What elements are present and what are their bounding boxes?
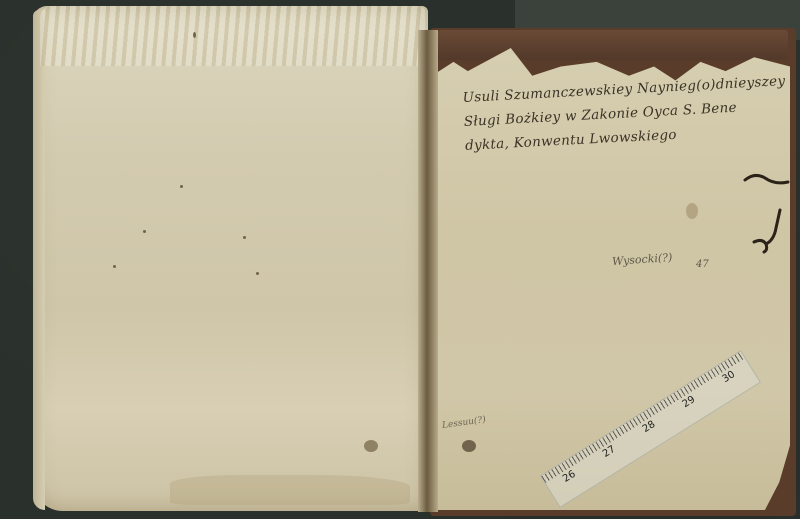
leather-turn-in	[438, 30, 788, 60]
ink-spot	[113, 265, 116, 268]
left-page-worn-top-edge	[40, 6, 425, 66]
stain-spot	[686, 203, 698, 219]
ink-spot	[256, 272, 259, 275]
stain-spot	[364, 440, 378, 452]
left-flyleaf-page	[33, 6, 428, 511]
stain-spot	[462, 440, 476, 452]
ink-spot	[193, 32, 196, 38]
pencil-number: 47	[696, 259, 709, 270]
book-gutter	[418, 30, 438, 512]
ink-flourish	[740, 170, 795, 255]
left-page-edge	[33, 10, 45, 510]
ink-spot	[243, 236, 246, 239]
ink-spot	[180, 185, 183, 188]
water-stain	[170, 475, 410, 505]
ink-spot	[143, 230, 146, 233]
